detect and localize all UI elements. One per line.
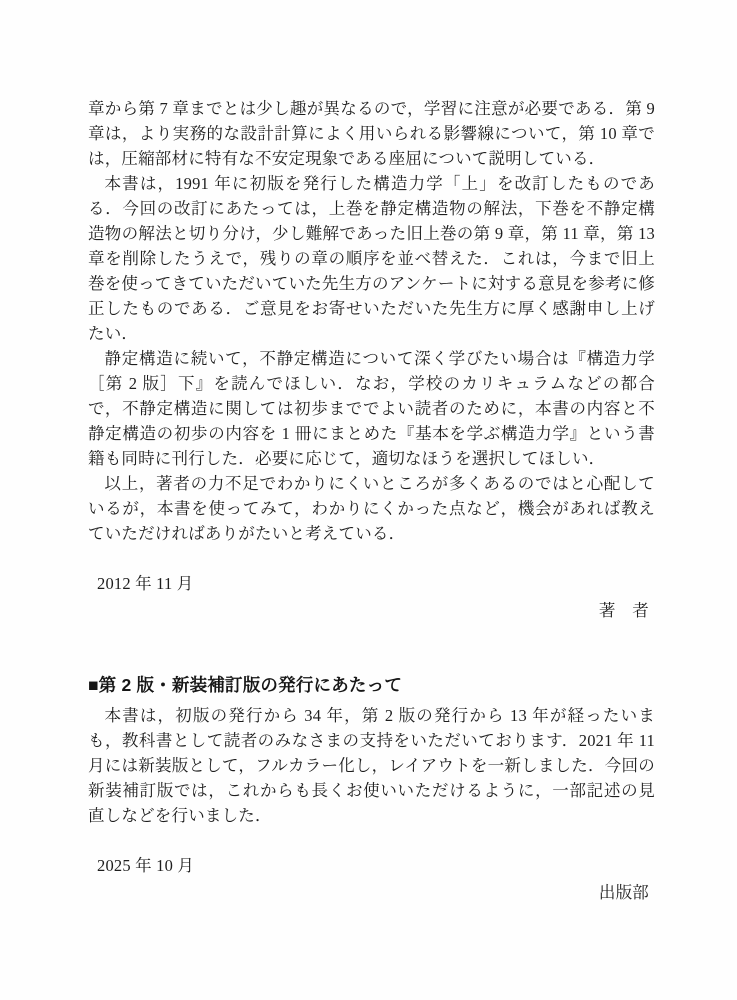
date-line-2012: 2012 年 11 月: [88, 571, 655, 596]
paragraph-closing-remarks: 以上，著者の力不足でわかりにくいところが多くあるのではと心配しているが，本書を使…: [88, 471, 655, 546]
document-page: 章から第 7 章までとは少し趣が異なるので，学習に注意が必要である．第 9 章は…: [0, 0, 737, 1000]
publisher-signature: 出版部: [88, 880, 655, 905]
paragraph-reissue-note: 本書は，初版の発行から 34 年，第 2 版の発行から 13 年が経ったいまも，…: [88, 703, 655, 828]
preface-text-block: 章から第 7 章までとは少し趣が異なるので，学習に注意が必要である．第 9 章は…: [88, 96, 655, 905]
paragraph-revision-history: 本書は，1991 年に初版を発行した構造力学「上」を改訂したものである．今回の改…: [88, 171, 655, 346]
paragraph-companion-books: 静定構造に続いて，不静定構造について深く学びたい場合は『構造力学［第 2 版］下…: [88, 346, 655, 471]
section-heading-2nd-edition-reissue: ■第 2 版・新装補訂版の発行にあたって: [88, 673, 655, 698]
paragraph-continued: 章から第 7 章までとは少し趣が異なるので，学習に注意が必要である．第 9 章は…: [88, 96, 655, 171]
date-line-2025: 2025 年 10 月: [88, 853, 655, 878]
author-signature: 著 者: [88, 598, 655, 623]
